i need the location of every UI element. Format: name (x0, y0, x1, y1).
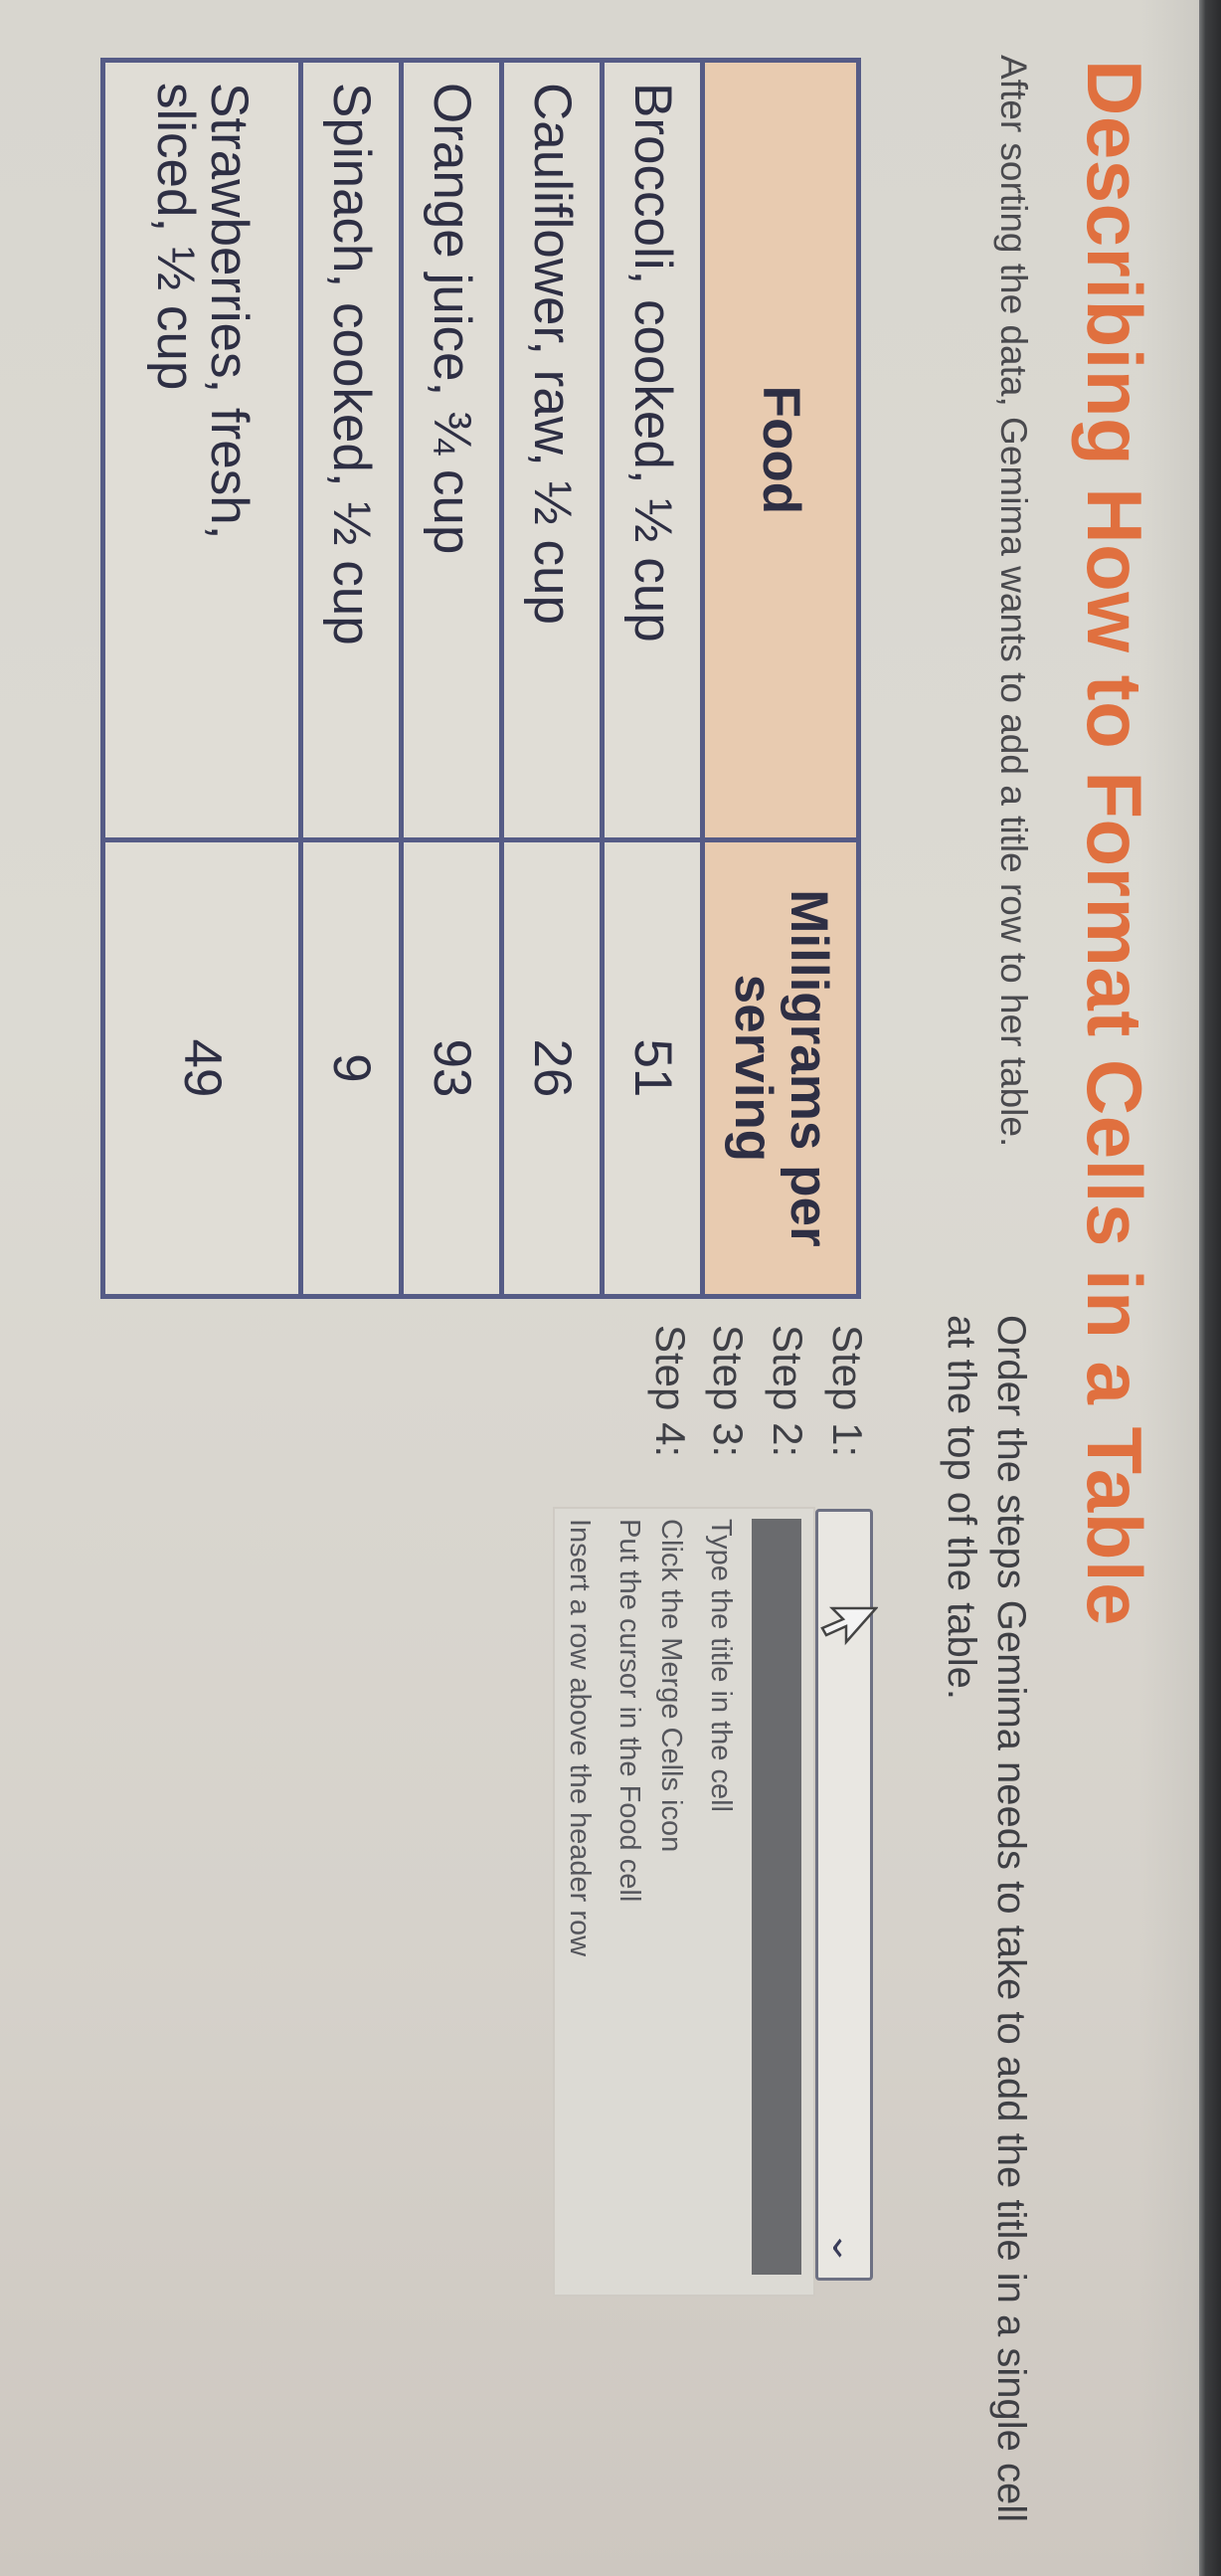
header-food: Food (703, 61, 859, 840)
mg-cell: 9 (301, 839, 402, 1296)
option-blank-highlighted[interactable] (752, 1519, 801, 2275)
mg-cell: 93 (402, 839, 502, 1296)
task-instruction: Order the steps Gemima needs to take to … (937, 1315, 1036, 2558)
chevron-down-icon[interactable]: ⌄ (824, 2229, 864, 2266)
table-row: Spinach, cooked, ½ cup 9 (301, 61, 402, 1297)
step-2-label: Step 2: (764, 1325, 811, 1457)
food-cell: Broccoli, cooked, ½ cup (603, 61, 703, 840)
food-cell: Strawberries, fresh, sliced, ½ cup (103, 61, 301, 840)
step-3-label: Step 3: (704, 1325, 752, 1457)
vitamin-table: Food Milligrams per serving Broccoli, co… (100, 58, 861, 1299)
header-milligrams: Milligrams per serving (703, 839, 859, 1296)
screen-bezel (1199, 0, 1221, 2576)
table-header-row: Food Milligrams per serving (703, 61, 859, 1297)
mg-cell: 49 (103, 839, 301, 1296)
step-1-label: Step 1: (823, 1325, 871, 1457)
page-title: Describing How to Format Cells in a Tabl… (1069, 60, 1159, 1626)
option-cursor-food-cell[interactable]: Put the cursor in the Food cell (605, 1519, 654, 2275)
step-1-options-list[interactable]: Type the title in the cell Click the Mer… (553, 1507, 815, 2297)
step-4-label: Step 4: (646, 1325, 694, 1457)
option-insert-row[interactable]: Insert a row above the header row (555, 1519, 605, 2275)
food-cell: Cauliflower, raw, ½ cup (502, 61, 603, 840)
mg-cell: 51 (603, 839, 703, 1296)
option-type-title[interactable]: Type the title in the cell (696, 1519, 746, 2275)
food-cell: Spinach, cooked, ½ cup (301, 61, 402, 840)
table-row: Cauliflower, raw, ½ cup 26 (502, 61, 603, 1297)
table-row: Orange juice, ¾ cup 93 (402, 61, 502, 1297)
table-row: Strawberries, fresh, sliced, ½ cup 49 (103, 61, 301, 1297)
food-cell: Orange juice, ¾ cup (402, 61, 502, 840)
table-row: Broccoli, cooked, ½ cup 51 (603, 61, 703, 1297)
page: Describing How to Format Cells in a Tabl… (0, 0, 1221, 2576)
intro-text: After sorting the data, Gemima wants to … (990, 55, 1036, 1283)
mg-cell: 26 (502, 839, 603, 1296)
